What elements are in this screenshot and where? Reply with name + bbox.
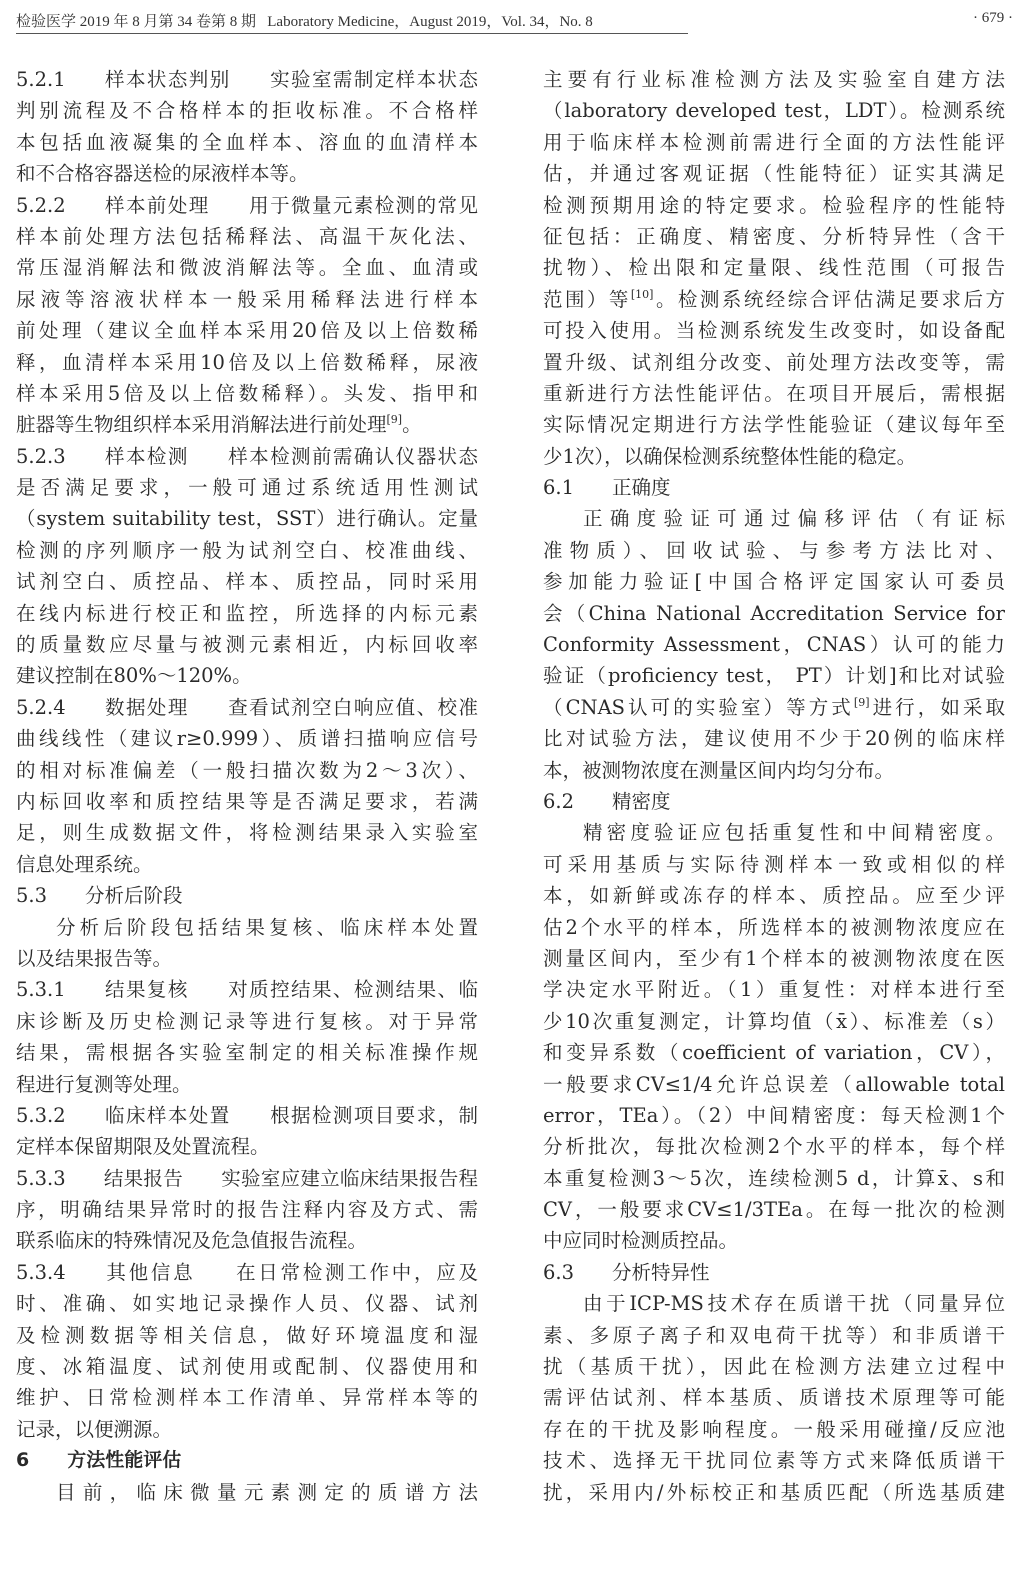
section-number: 5.2.1 <box>16 64 66 95</box>
text-line: 少10次重复测定，计算均值（x̄）、标准差（s） <box>543 1006 1005 1037</box>
text-line: 常压湿消解法和微波消解法等。全血、血清或 <box>16 252 478 283</box>
text-line: 样本采用5倍及以上倍数稀释）。头发、指甲和 <box>16 378 478 409</box>
text-line: error，TEa）。（2）中间精密度：每天检测1个 <box>543 1100 1005 1131</box>
line-text: （system suitability test，SST）进行确认。定量 <box>16 507 478 530</box>
line-text: 和变异系数（coefficient of variation，CV）， <box>543 1041 1005 1064</box>
line-text-tail: 。检测系统经综合评估满足要求后方 <box>653 288 1005 311</box>
line-text: 分析后阶段包括结果复核、临床样本处置 <box>56 916 478 939</box>
line-text: 中应同时检测质控品。 <box>543 1229 738 1252</box>
line-text: 参加能力验证[中国合格评定国家认可委员 <box>543 570 1005 593</box>
line-text: 精密度验证应包括重复性和中间精密度。 <box>583 821 1005 844</box>
line-text: 的质量数应尽量与被测元素相近，内标回收率 <box>16 633 478 656</box>
text-line: 可采用基质与实际待测样本一致或相似的样 <box>543 849 1005 880</box>
line-text: 足，则生成数据文件，将检测结果录入实验室 <box>16 821 478 844</box>
line-text: 测量区间内，至少有1个样本的被测物浓度在医 <box>543 947 1005 970</box>
line-text: 会（China National Accreditation Service f… <box>543 602 1005 625</box>
line-text: 根据检测项目要求，制 <box>269 1104 478 1127</box>
line-text: 维护、日常检测样本工作清单、异常样本等的 <box>16 1386 478 1409</box>
line-text: 结果，需根据各实验室制定的相关标准操作规 <box>16 1041 478 1064</box>
subsection-heading: 6.2精密度 <box>543 786 1005 817</box>
text-line: 一般要求CV≤1/4允许总误差（allowable total <box>543 1069 1005 1100</box>
citation-ref: [9] <box>854 696 870 709</box>
section-number: 5.3.4 <box>16 1257 66 1288</box>
text-line: 比对试验方法，建议使用不少于20例的临床样 <box>543 723 1005 754</box>
line-text: 在日常检测工作中，应及 <box>233 1261 478 1284</box>
line-text: 本，被测物浓度在测量区间内均匀分布。 <box>543 759 894 782</box>
line-text: 素、多原子离子和双电荷干扰等）和非质谱干 <box>543 1324 1005 1347</box>
text-line: 重新进行方法性能评估。在项目开展后，需根据 <box>543 378 1005 409</box>
text-line: 判别流程及不合格样本的拒收标准。不合格样 <box>16 95 478 126</box>
text-line: 检测预期用途的特定要求。检验程序的性能特 <box>543 190 1005 221</box>
citation-ref: [10] <box>631 288 654 301</box>
text-line: 置升级、试剂组分改变、前处理方法改变等，需 <box>543 347 1005 378</box>
line-text: 前处理（建议全血样本采用20倍及以上倍数稀 <box>16 319 478 342</box>
line-text: 技术、选择无干扰同位素等方式来降低质谱干 <box>543 1449 1005 1472</box>
line-text: 常压湿消解法和微波消解法等。全血、血清或 <box>16 256 478 279</box>
text-line: CV，一般要求CV≤1/3TEa。在每一批次的检测 <box>543 1194 1005 1225</box>
citation-ref: [9] <box>387 413 403 426</box>
line-text: 及检测数据等相关信息，做好环境温度和湿 <box>16 1324 478 1347</box>
section-number: 6.1 <box>543 472 574 503</box>
line-text: 用于临床样本检测前需进行全面的方法性能评 <box>543 131 1005 154</box>
line-text: 内标回收率和质控结果等是否满足要求，若满 <box>16 790 478 813</box>
line-text: 的相对标准偏差（一般扫描次数为2～3次）、 <box>16 759 478 782</box>
text-line: 主要有行业标准检测方法及实验室自建方法 <box>543 64 1005 95</box>
text-line: 5.2.1样本状态判别实验室需制定样本状态 <box>16 64 478 95</box>
section-number: 6.3 <box>543 1257 574 1288</box>
journal-title-cn: 检验医学 2019 年 8 月第 34 卷第 8 期 <box>16 14 256 30</box>
line-text: 建议控制在80%～120%。 <box>16 664 252 687</box>
text-line: 5.2.2样本前处理用于微量元素检测的常见 <box>16 190 478 221</box>
line-text: Conformity Assessment，CNAS）认可的能力 <box>543 633 1005 656</box>
line-text: 少1次），以确保检测系统整体性能的稳定。 <box>543 445 916 468</box>
text-line: 扰（基质干扰），因此在检测方法建立过程中 <box>543 1351 1005 1382</box>
text-line: 扰物）、检出限和定量限、线性范围（可报告 <box>543 252 1005 283</box>
subsection-heading: 6.1正确度 <box>543 472 1005 503</box>
section-title: 精密度 <box>612 790 671 813</box>
text-line: 参加能力验证[中国合格评定国家认可委员 <box>543 566 1005 597</box>
line-text: 定样本保留期限及处置流程。 <box>16 1135 270 1158</box>
text-line: 定样本保留期限及处置流程。 <box>16 1131 478 1162</box>
line-text: 脏器等生物组织样本采用消解法进行前处理 <box>16 413 387 436</box>
text-line: 准物质）、回收试验、与参考方法比对、 <box>543 535 1005 566</box>
section-heading: 6方法性能评估 <box>16 1445 478 1476</box>
text-line: 内标回收率和质控结果等是否满足要求，若满 <box>16 786 478 817</box>
line-text: 实验室需制定样本状态 <box>269 68 478 91</box>
line-text: 置升级、试剂组分改变、前处理方法改变等，需 <box>543 351 1005 374</box>
text-line: 范围）等[10]。检测系统经综合评估满足要求后方 <box>543 284 1005 315</box>
line-text: 正确度验证可通过偏移评估（有证标 <box>583 507 1005 530</box>
section-number: 5.3 <box>16 880 47 911</box>
section-number: 5.2.4 <box>16 692 66 723</box>
text-line: 目前，临床微量元素测定的质谱方法 <box>16 1477 478 1508</box>
line-text: 床诊断及历史检测记录等进行复核。对于异常 <box>16 1010 478 1033</box>
section-number: 5.3.1 <box>16 974 66 1005</box>
section-title: 结果复核 <box>104 978 189 1001</box>
line-text: 本重复检测3～5次，连续检测5 d，计算x̄、s和 <box>543 1167 1005 1190</box>
section-number: 5.3.3 <box>16 1163 66 1194</box>
line-text: 范围）等 <box>543 288 631 311</box>
line-text: （CNAS认可的实验室）等方式 <box>543 696 854 719</box>
text-line: （CNAS认可的实验室）等方式[9]进行，如采取 <box>543 692 1005 723</box>
line-text: 样本前处理方法包括稀释法、高温干灰化法、 <box>16 225 478 248</box>
section-number: 6 <box>16 1445 29 1476</box>
text-line: 本，被测物浓度在测量区间内均匀分布。 <box>543 755 1005 786</box>
right-column: 主要有行业标准检测方法及实验室自建方法（laboratory developed… <box>543 64 1005 1508</box>
line-text: 估2个水平的样本，所选样本的被测物浓度应在 <box>543 916 1005 939</box>
line-text-tail: 。 <box>402 413 422 436</box>
line-text: 验证（proficiency test， PT）计划]和比对试验 <box>543 664 1005 687</box>
section-title: 分析特异性 <box>612 1261 710 1284</box>
line-text: 时、准确、如实地记录操作人员、仪器、试剂 <box>16 1292 478 1315</box>
line-text: 扰，采用内/外标校正和基质匹配（所选基质建 <box>543 1481 1005 1504</box>
text-line: 5.2.4数据处理查看试剂空白响应值、校准 <box>16 692 478 723</box>
running-header: 检验医学 2019 年 8 月第 34 卷第 8 期 Laboratory Me… <box>16 6 1013 30</box>
line-text: 少10次重复测定，计算均值（x̄）、标准差（s） <box>543 1010 1005 1033</box>
text-line: 需评估试剂、样本基质、质谱技术原理等可能 <box>543 1382 1005 1413</box>
text-line: 存在的干扰及影响程度。一般采用碰撞/反应池 <box>543 1414 1005 1445</box>
text-line: 5.2.3样本检测样本检测前需确认仪器状态 <box>16 441 478 472</box>
line-text: 联系临床的特殊情况及危急值报告流程。 <box>16 1229 367 1252</box>
line-text: 一般要求CV≤1/4允许总误差（allowable total <box>543 1073 1005 1096</box>
text-line: 信息处理系统。 <box>16 849 478 880</box>
text-line: 和变异系数（coefficient of variation，CV）， <box>543 1037 1005 1068</box>
text-line: 分析批次，每批次检测2个水平的样本，每个样 <box>543 1131 1005 1162</box>
section-number: 6.2 <box>543 786 574 817</box>
line-text: 本包括血液凝集的全血样本、溶血的血清样本 <box>16 131 478 154</box>
line-text: 样本采用5倍及以上倍数稀释）。头发、指甲和 <box>16 382 478 405</box>
section-title: 样本前处理 <box>104 194 210 217</box>
section-title: 样本检测 <box>104 445 189 468</box>
text-line: 尿液等溶液状样本一般采用稀释法进行样本 <box>16 284 478 315</box>
section-title: 结果报告 <box>104 1167 183 1190</box>
line-text: 程进行复测等处理。 <box>16 1073 192 1096</box>
line-text: 释，血清样本采用10倍及以上倍数稀释，尿液 <box>16 351 478 374</box>
text-line: 由于ICP-MS技术存在质谱干扰（同量异位 <box>543 1288 1005 1319</box>
text-line: 是否满足要求，一般可通过系统适用性测试 <box>16 472 478 503</box>
line-text: 本，如新鲜或冻存的样本、质控品。应至少评 <box>543 884 1005 907</box>
line-text: 样本检测前需确认仪器状态 <box>227 445 478 468</box>
journal-citation: 检验医学 2019 年 8 月第 34 卷第 8 期 Laboratory Me… <box>16 10 688 34</box>
line-text: 尿液等溶液状样本一般采用稀释法进行样本 <box>16 288 478 311</box>
text-line: 少1次），以确保检测系统整体性能的稳定。 <box>543 441 1005 472</box>
text-line: 足，则生成数据文件，将检测结果录入实验室 <box>16 817 478 848</box>
text-line: 试剂空白、质控品、样本、质控品，同时采用 <box>16 566 478 597</box>
journal-title-en: Laboratory Medicine，August 2019，Vol. 34，… <box>267 14 593 30</box>
line-text: 是否满足要求，一般可通过系统适用性测试 <box>16 476 478 499</box>
text-line: 技术、选择无干扰同位素等方式来降低质谱干 <box>543 1445 1005 1476</box>
text-line: 序，明确结果异常时的报告注释内容及方式、需 <box>16 1194 478 1225</box>
text-line: 会（China National Accreditation Service f… <box>543 598 1005 629</box>
text-line: 中应同时检测质控品。 <box>543 1225 1005 1256</box>
text-line: 检测的序列顺序一般为试剂空白、校准曲线、 <box>16 535 478 566</box>
line-text: 比对试验方法，建议使用不少于20例的临床样 <box>543 727 1005 750</box>
line-text: 查看试剂空白响应值、校准 <box>227 696 478 719</box>
section-number: 5.3.2 <box>16 1100 66 1131</box>
text-line: 床诊断及历史检测记录等进行复核。对于异常 <box>16 1006 478 1037</box>
text-line: 本包括血液凝集的全血样本、溶血的血清样本 <box>16 127 478 158</box>
text-line: 程进行复测等处理。 <box>16 1069 478 1100</box>
text-line: 度、冰箱温度、试剂使用或配制、仪器使用和 <box>16 1351 478 1382</box>
line-text: 在线内标进行校正和监控，所选择的内标元素 <box>16 602 478 625</box>
line-text: 分析批次，每批次检测2个水平的样本，每个样 <box>543 1135 1005 1158</box>
text-line: 分析后阶段包括结果复核、临床样本处置 <box>16 912 478 943</box>
text-line: 可投入使用。当检测系统发生改变时，如设备配 <box>543 315 1005 346</box>
text-line: 联系临床的特殊情况及危急值报告流程。 <box>16 1225 478 1256</box>
line-text: 以及结果报告等。 <box>16 947 172 970</box>
line-text: 由于ICP-MS技术存在质谱干扰（同量异位 <box>583 1292 1005 1315</box>
line-text: error，TEa）。（2）中间精密度：每天检测1个 <box>543 1104 1005 1127</box>
line-text: 度、冰箱温度、试剂使用或配制、仪器使用和 <box>16 1355 478 1378</box>
section-title: 其他信息 <box>104 1261 196 1284</box>
text-line: 以及结果报告等。 <box>16 943 478 974</box>
line-text: 实验室应建立临床结果报告程 <box>221 1167 478 1190</box>
line-text: 学决定水平附近。（1）重复性：对样本进行至 <box>543 978 1005 1001</box>
line-text: 序，明确结果异常时的报告注释内容及方式、需 <box>16 1198 478 1221</box>
text-line: 精密度验证应包括重复性和中间精密度。 <box>543 817 1005 848</box>
line-text: 扰物）、检出限和定量限、线性范围（可报告 <box>543 256 1005 279</box>
text-line: 扰，采用内/外标校正和基质匹配（所选基质建 <box>543 1477 1005 1508</box>
text-line: 维护、日常检测样本工作清单、异常样本等的 <box>16 1382 478 1413</box>
text-line: 5.3.2临床样本处置根据检测项目要求，制 <box>16 1100 478 1131</box>
text-line: 记录，以便溯源。 <box>16 1414 478 1445</box>
text-line: 实际情况定期进行方法学性能验证（建议每年至 <box>543 409 1005 440</box>
text-line: 估2个水平的样本，所选样本的被测物浓度应在 <box>543 912 1005 943</box>
text-line: 征包括：正确度、精密度、分析特异性（含干 <box>543 221 1005 252</box>
text-line: 正确度验证可通过偏移评估（有证标 <box>543 503 1005 534</box>
text-line: 前处理（建议全血样本采用20倍及以上倍数稀 <box>16 315 478 346</box>
line-text: 曲线线性（建议r≥0.999）、质谱扫描响应信号 <box>16 727 478 750</box>
line-text: 实际情况定期进行方法学性能验证（建议每年至 <box>543 413 1005 436</box>
line-text: CV，一般要求CV≤1/3TEa。在每一批次的检测 <box>543 1198 1005 1221</box>
text-line: 释，血清样本采用10倍及以上倍数稀释，尿液 <box>16 347 478 378</box>
left-column: 5.2.1样本状态判别实验室需制定样本状态判别流程及不合格样本的拒收标准。不合格… <box>16 64 478 1508</box>
line-text: 用于微量元素检测的常见 <box>248 194 478 217</box>
line-text: 存在的干扰及影响程度。一般采用碰撞/反应池 <box>543 1418 1005 1441</box>
line-text: 估，并通过客观证据（性能特征）证实其满足 <box>543 162 1005 185</box>
section-title: 数据处理 <box>104 696 189 719</box>
text-line: 曲线线性（建议r≥0.999）、质谱扫描响应信号 <box>16 723 478 754</box>
text-line: 5.3.1结果复核对质控结果、检测结果、临 <box>16 974 478 1005</box>
line-text: 检测预期用途的特定要求。检验程序的性能特 <box>543 194 1005 217</box>
subsection-heading: 5.3分析后阶段 <box>16 880 478 911</box>
text-line: 建议控制在80%～120%。 <box>16 660 478 691</box>
text-line: 验证（proficiency test， PT）计划]和比对试验 <box>543 660 1005 691</box>
section-title: 方法性能评估 <box>67 1449 181 1471</box>
line-text: 检测的序列顺序一般为试剂空白、校准曲线、 <box>16 539 478 562</box>
text-line: 及检测数据等相关信息，做好环境温度和湿 <box>16 1320 478 1351</box>
text-line: 测量区间内，至少有1个样本的被测物浓度在医 <box>543 943 1005 974</box>
section-title: 分析后阶段 <box>85 884 183 907</box>
section-title: 正确度 <box>612 476 671 499</box>
line-text: 主要有行业标准检测方法及实验室自建方法 <box>543 68 1005 91</box>
text-line: 时、准确、如实地记录操作人员、仪器、试剂 <box>16 1288 478 1319</box>
section-title: 临床样本处置 <box>104 1104 231 1127</box>
line-text-tail: 进行，如采取 <box>870 696 1006 719</box>
line-text: 准物质）、回收试验、与参考方法比对、 <box>543 539 1005 562</box>
section-title: 样本状态判别 <box>104 68 231 91</box>
line-text: 信息处理系统。 <box>16 853 153 876</box>
section-number: 5.2.3 <box>16 441 66 472</box>
line-text: （laboratory developed test，LDT）。检测系统 <box>543 99 1005 122</box>
text-line: 本重复检测3～5次，连续检测5 d，计算x̄、s和 <box>543 1163 1005 1194</box>
line-text: 需评估试剂、样本基质、质谱技术原理等可能 <box>543 1386 1005 1409</box>
text-line: 估，并通过客观证据（性能特征）证实其满足 <box>543 158 1005 189</box>
line-text: 重新进行方法性能评估。在项目开展后，需根据 <box>543 382 1005 405</box>
text-line: 在线内标进行校正和监控，所选择的内标元素 <box>16 598 478 629</box>
text-line: （system suitability test，SST）进行确认。定量 <box>16 503 478 534</box>
text-line: 的相对标准偏差（一般扫描次数为2～3次）、 <box>16 755 478 786</box>
line-text: 征包括：正确度、精密度、分析特异性（含干 <box>543 225 1005 248</box>
subsection-heading: 6.3分析特异性 <box>543 1257 1005 1288</box>
line-text: 扰（基质干扰），因此在检测方法建立过程中 <box>543 1355 1005 1378</box>
line-text: 判别流程及不合格样本的拒收标准。不合格样 <box>16 99 478 122</box>
text-line: 本，如新鲜或冻存的样本、质控品。应至少评 <box>543 880 1005 911</box>
section-number: 5.2.2 <box>16 190 66 221</box>
text-line: 用于临床样本检测前需进行全面的方法性能评 <box>543 127 1005 158</box>
line-text: 可投入使用。当检测系统发生改变时，如设备配 <box>543 319 1005 342</box>
text-line: 脏器等生物组织样本采用消解法进行前处理[9]。 <box>16 409 478 440</box>
text-line: 素、多原子离子和双电荷干扰等）和非质谱干 <box>543 1320 1005 1351</box>
text-line: 结果，需根据各实验室制定的相关标准操作规 <box>16 1037 478 1068</box>
text-line: （laboratory developed test，LDT）。检测系统 <box>543 95 1005 126</box>
page-number: · 679 · <box>973 10 1013 27</box>
line-text: 对质控结果、检测结果、临 <box>227 978 478 1001</box>
line-text: 目前，临床微量元素测定的质谱方法 <box>56 1481 478 1504</box>
text-line: 样本前处理方法包括稀释法、高温干灰化法、 <box>16 221 478 252</box>
text-line: 5.3.4其他信息在日常检测工作中，应及 <box>16 1257 478 1288</box>
line-text: 记录，以便溯源。 <box>16 1418 172 1441</box>
line-text: 可采用基质与实际待测样本一致或相似的样 <box>543 853 1005 876</box>
text-line: 学决定水平附近。（1）重复性：对样本进行至 <box>543 974 1005 1005</box>
text-line: 的质量数应尽量与被测元素相近，内标回收率 <box>16 629 478 660</box>
text-line: 5.3.3结果报告实验室应建立临床结果报告程 <box>16 1163 478 1194</box>
text-line: Conformity Assessment，CNAS）认可的能力 <box>543 629 1005 660</box>
line-text: 试剂空白、质控品、样本、质控品，同时采用 <box>16 570 478 593</box>
line-text: 和不合格容器送检的尿液样本等。 <box>16 162 309 185</box>
text-line: 和不合格容器送检的尿液样本等。 <box>16 158 478 189</box>
